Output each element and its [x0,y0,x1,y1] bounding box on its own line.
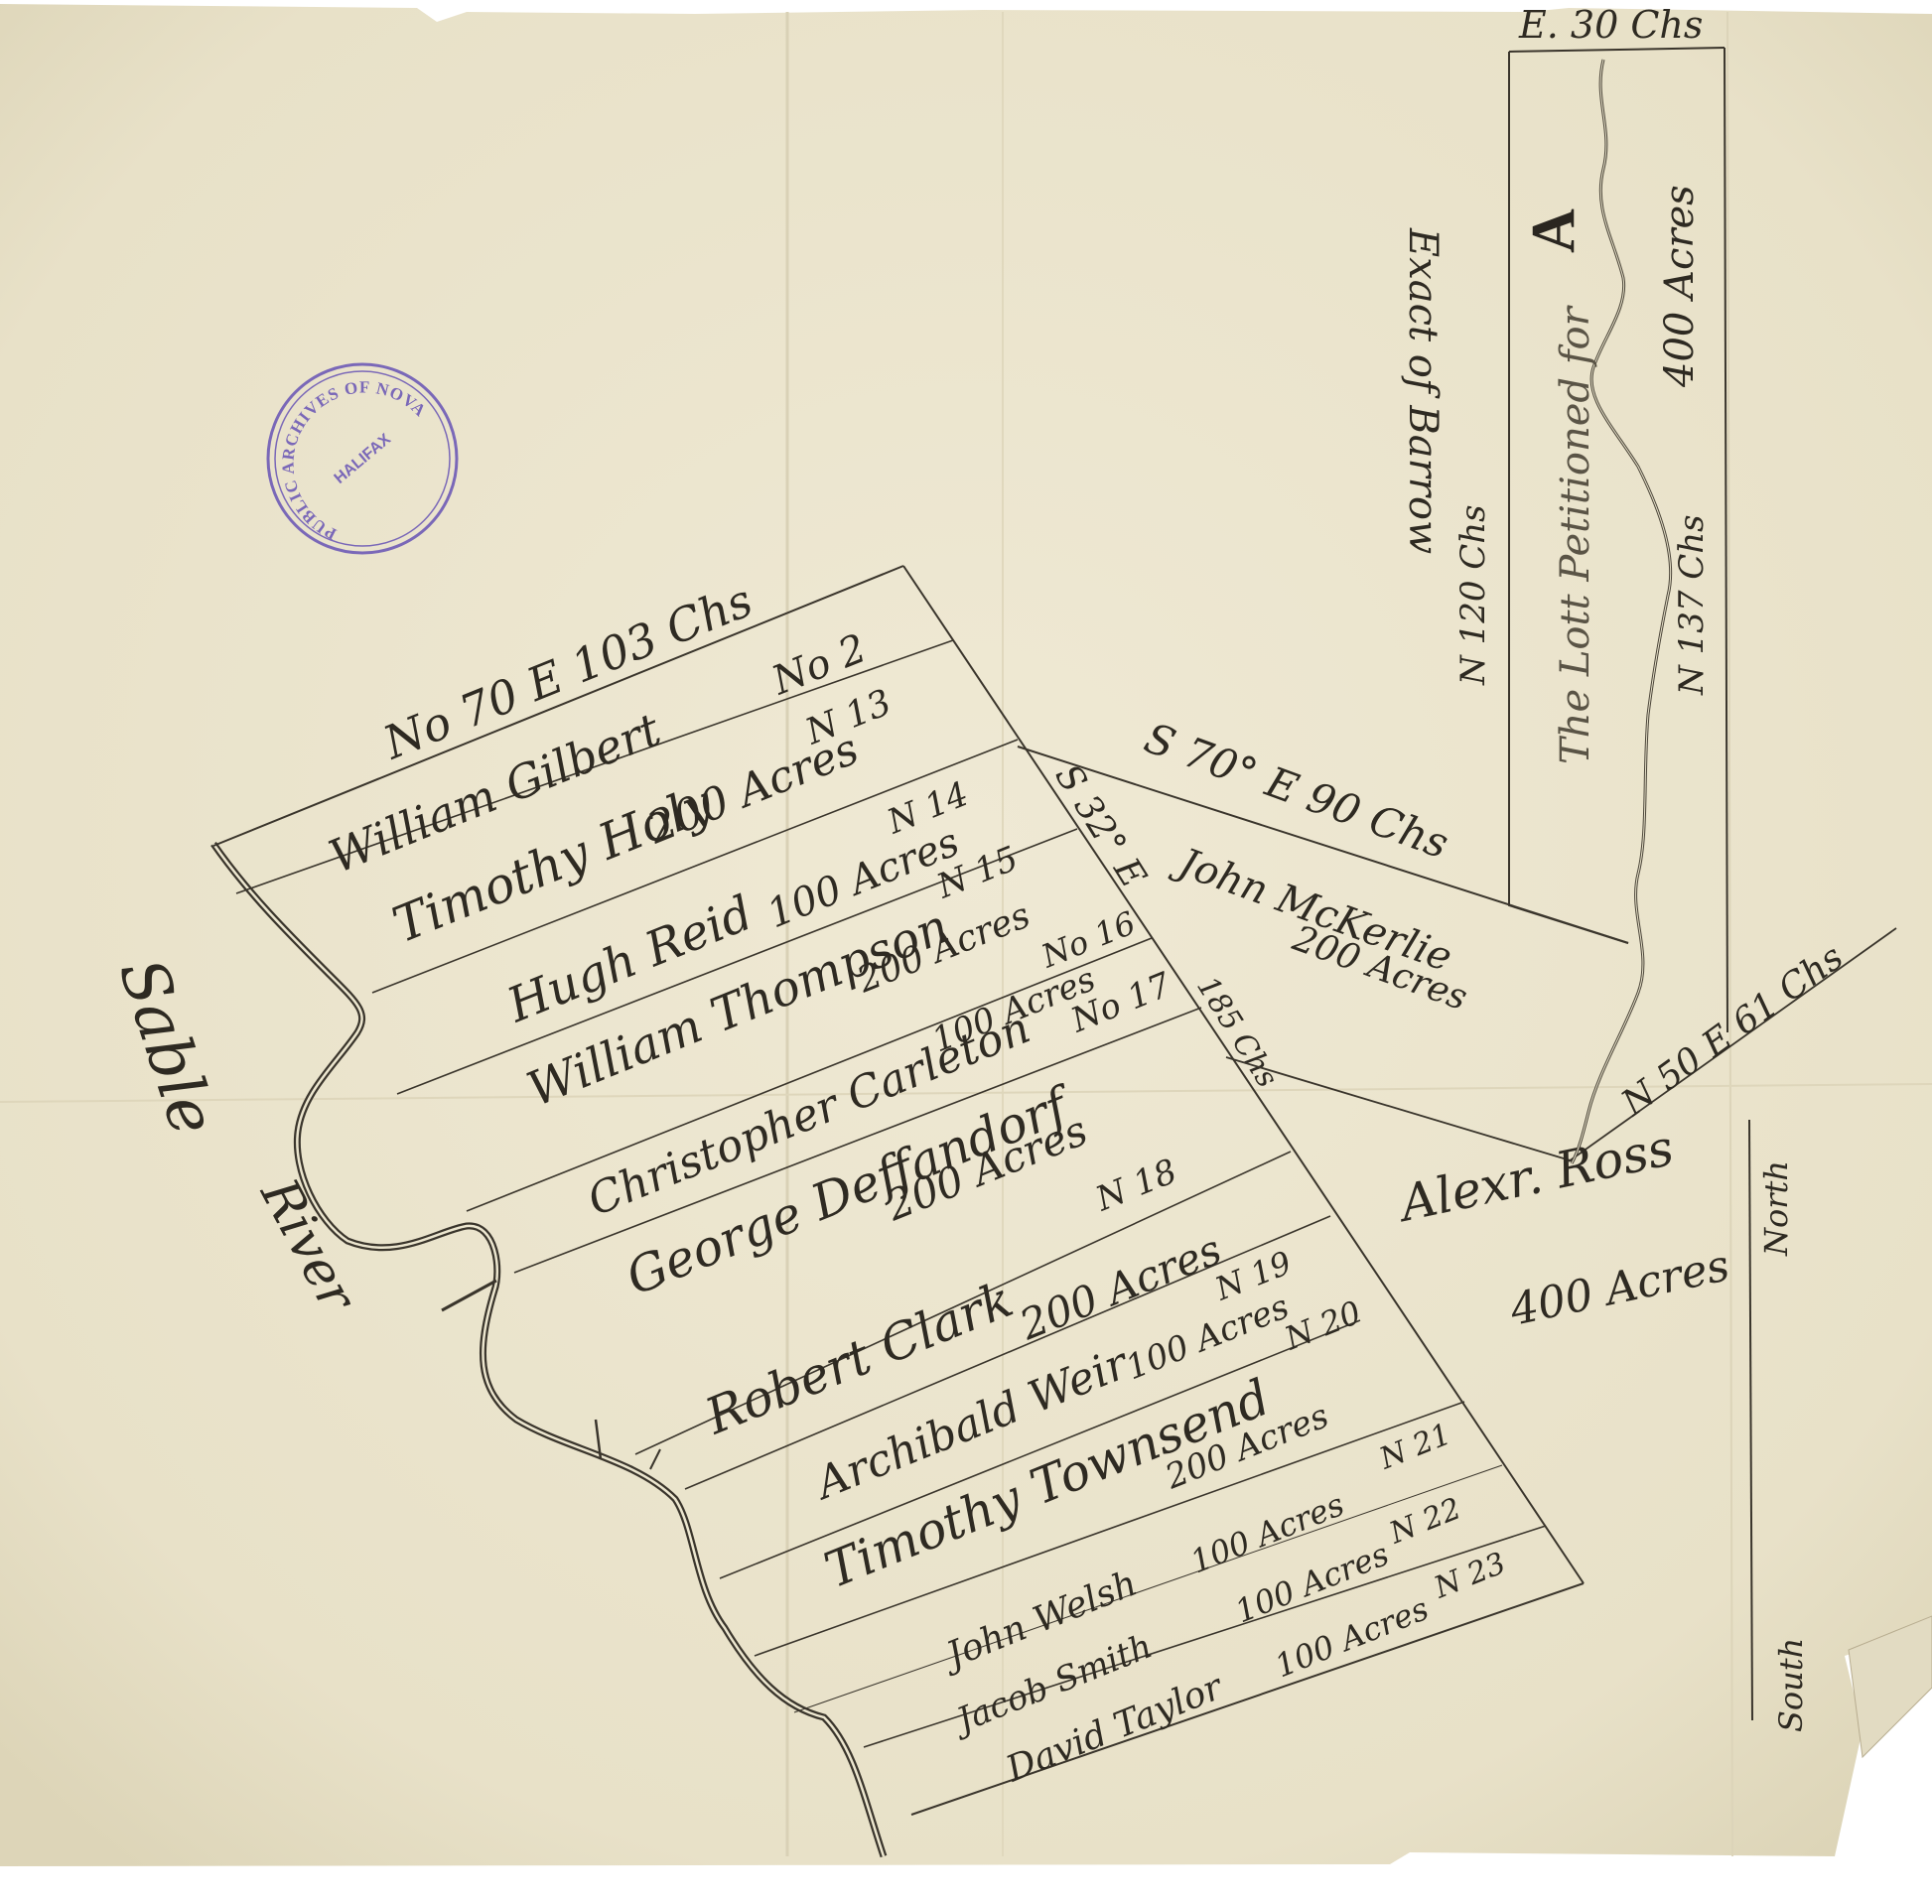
south-label: South [1772,1638,1810,1732]
lot-a-acres: 400 Acres [1657,185,1703,388]
lot-a-letter: A [1520,208,1587,253]
lot-a-label: The Lott Petitioned for [1553,304,1598,764]
lot-a-top-bearing: E. 30 Chs [1518,3,1703,47]
lot-a-left-bearing: N 120 Chs [1453,504,1493,686]
survey-map: PUBLIC ARCHIVES OF NOVA SCOTIA HALIFAX S… [0,0,1932,1904]
north-label: North [1757,1160,1795,1257]
lot-a-side-note: Exact of Barrow [1400,227,1446,554]
lot-a-right-bearing: N 137 Chs [1672,514,1712,696]
